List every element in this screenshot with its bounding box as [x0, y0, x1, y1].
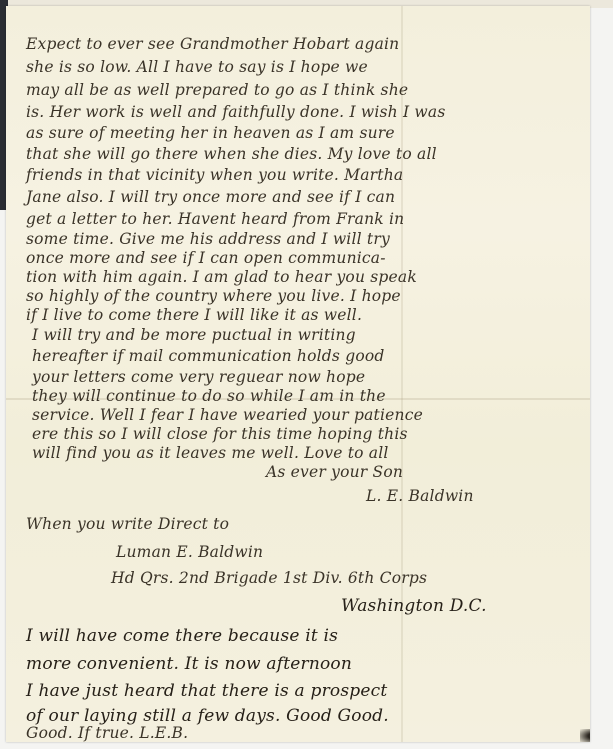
postscript-line: I have just heard that there is a prospe…	[26, 681, 387, 701]
postscript-line: of our laying still a few days. Good Goo…	[26, 706, 389, 726]
letter-line: hereafter if mail communication holds go…	[32, 347, 385, 365]
letter-line: some time. Give me his address and I wil…	[26, 230, 390, 248]
letter-line: tion with him again. I am glad to hear y…	[26, 268, 417, 286]
letter-line: she is so low. All I have to say is I ho…	[26, 58, 368, 76]
letter-line: I will try and be more puctual in writin…	[32, 326, 356, 344]
letter-line: service. Well I fear I have wearied your…	[32, 406, 423, 424]
postscript-line: Good. If true. L.E.B.	[26, 724, 188, 742]
letter-line: is. Her work is well and faithfully done…	[26, 103, 446, 121]
letter-line: Jane also. I will try once more and see …	[26, 188, 395, 206]
direct-intro: When you write Direct to	[26, 515, 229, 533]
postscript-line: more convenient. It is now afternoon	[26, 654, 352, 674]
closing: As ever your Son	[266, 463, 403, 481]
postscript-line: I will have come there because it is	[26, 626, 338, 646]
letter-line: they will continue to do so while I am i…	[32, 387, 386, 405]
letter-line: so highly of the country where you live.…	[26, 287, 401, 305]
letter-line: may all be as well prepared to go as I t…	[26, 81, 408, 99]
letter-line: Expect to ever see Grandmother Hobart ag…	[26, 35, 399, 53]
letter-line: if I live to come there I will like it a…	[26, 306, 362, 324]
letter-line: once more and see if I can open communic…	[26, 249, 386, 267]
letter-line: ere this so I will close for this time h…	[32, 425, 408, 443]
address-city: Washington D.C.	[341, 596, 487, 616]
letter-line: will find you as it leaves me well. Love…	[32, 444, 389, 462]
letter-line: as sure of meeting her in heaven as I am…	[26, 124, 395, 142]
letter-line: get a letter to her. Havent heard from F…	[26, 210, 404, 228]
letter-line: your letters come very reguear now hope	[32, 368, 365, 386]
letter-line: that she will go there when she dies. My…	[26, 145, 437, 163]
address-unit: Hd Qrs. 2nd Brigade 1st Div. 6th Corps	[111, 569, 427, 587]
letter-page: Expect to ever see Grandmother Hobart ag…	[6, 6, 590, 742]
signature: L. E. Baldwin	[366, 487, 474, 505]
ink-blot	[580, 729, 590, 742]
letter-line: friends in that vicinity when you write.…	[26, 166, 403, 184]
address-name: Luman E. Baldwin	[116, 543, 263, 561]
